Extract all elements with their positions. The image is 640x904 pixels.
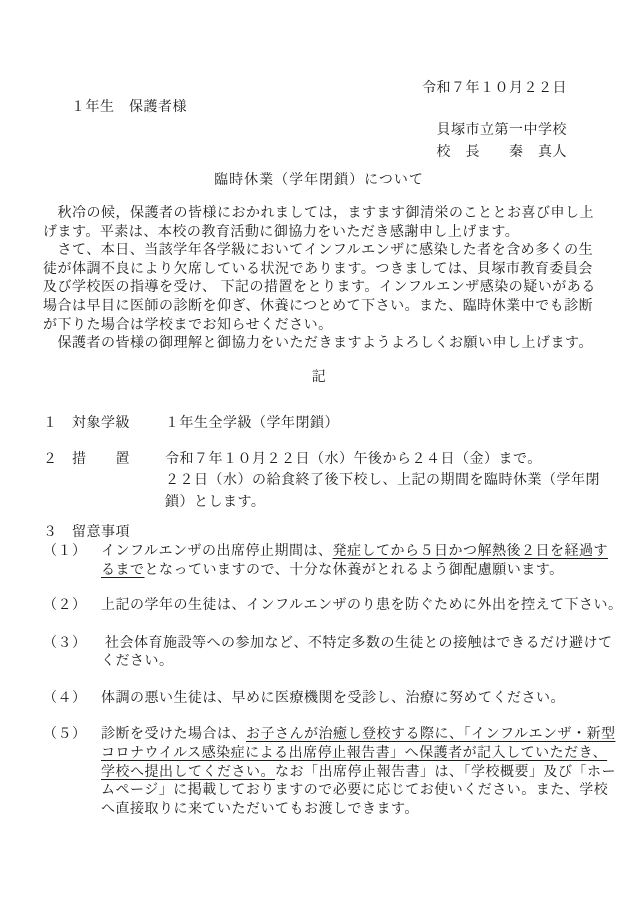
note-item-marker: （３） bbox=[43, 635, 101, 654]
note-item-4: （４）体調の悪い生徒は、早めに医療機関を受診し、治療に努めてください。 bbox=[43, 690, 595, 709]
note-text-underlined: コロナウイルス感染症による出席停止報告書」へ保護者が記入していただき、 bbox=[101, 746, 607, 761]
greeting-line: 保護者の皆様の御理解と御協力をいただきますようよろしくお願い申し上げます。 bbox=[43, 335, 595, 354]
greeting-line: げます。平素は、本校の教育活動に御協力をいただき感謝申し上げます。 bbox=[43, 224, 595, 243]
note-text: 社会体育施設等への参加など、不特定多数の生徒との接触はできるだけ避けて bbox=[101, 636, 613, 651]
section-measure-text: 令和７年１０月２２日（水）午後から２４日（金）まで。 bbox=[165, 452, 542, 467]
note-text: なお「出席停止報告書」は、「学校概要」及び「ホー bbox=[275, 765, 616, 780]
greeting-line: 徒が体調不良により欠席している状況であります。つきましては、貝塚市教育委員会 bbox=[43, 261, 595, 280]
note-item-3: （３） 社会体育施設等への参加など、不特定多数の生徒との接触はできるだけ避けて … bbox=[43, 635, 595, 673]
school-name: 貝塚市立第一中学校 bbox=[43, 121, 595, 140]
document-page: 令和７年１０月２２日 １年生 保護者様 貝塚市立第一中学校 校 長 秦 真人 臨… bbox=[0, 0, 640, 904]
section-target-value: １年生全学級（学年閉鎖） bbox=[165, 416, 339, 431]
section-measure: ２ 措 置令和７年１０月２２日（水）午後から２４日（金）まで。 ２２日（水）の給… bbox=[43, 449, 595, 514]
addressee: １年生 保護者様 bbox=[71, 98, 595, 117]
note-line: ください。 bbox=[43, 653, 595, 672]
document-title: 臨時休業（学年閉鎖）について bbox=[43, 171, 595, 191]
section-measure-line: ２２日（水）の給食終了後下校し、上記の期間を臨時休業（学年閉 bbox=[43, 470, 595, 492]
section-target-grade: １ 対象学級１年生全学級（学年閉鎖） bbox=[43, 414, 595, 433]
note-text: となっていますので、十分な休養がとれるよう御配慮願います。 bbox=[145, 563, 564, 578]
greeting-line: さて、本日、当該学年各学級においてインフルエンザに感染した者を含め多くの生 bbox=[43, 242, 595, 261]
greeting-line: 秋冷の候，保護者の皆様におかれましては，ますます御清栄のこととお喜び申し上 bbox=[43, 205, 595, 224]
ki-marker: 記 bbox=[43, 368, 595, 387]
note-text-underlined: お子さんが治癒し登校する際に、「インフルエンザ・新型 bbox=[246, 727, 615, 742]
section-measure-line: ２ 措 置令和７年１０月２２日（水）午後から２４日（金）まで。 bbox=[43, 449, 595, 471]
note-line: （４）体調の悪い生徒は、早めに医療機関を受診し、治療に努めてください。 bbox=[43, 690, 595, 709]
note-line: （１）インフルエンザの出席停止期間は、発症してから５日かつ解熱後２日を経過す bbox=[43, 543, 595, 562]
note-item-1: （１）インフルエンザの出席停止期間は、発症してから５日かつ解熱後２日を経過す る… bbox=[43, 543, 595, 581]
section-notes-heading: ３ 留意事項 bbox=[43, 523, 595, 542]
note-text: 体調の悪い生徒は、早めに医療機関を受診し、治療に努めてください。 bbox=[101, 691, 565, 706]
note-line: コロナウイルス感染症による出席停止報告書」へ保護者が記入していただき、 bbox=[43, 745, 595, 764]
note-line: 学校へ提出してください。なお「出席停止報告書」は、「学校概要」及び「ホー bbox=[43, 764, 595, 783]
note-line: （２）上記の学年の生徒は、インフルエンザのり患を防ぐために外出を控えて下さい。 bbox=[43, 597, 595, 616]
document-date: 令和７年１０月２２日 bbox=[43, 79, 595, 98]
note-item-5: （５）診断を受けた場合は、お子さんが治癒し登校する際に、「インフルエンザ・新型 … bbox=[43, 726, 595, 820]
note-line: へ直接取りに来ていただいてもお渡しできます。 bbox=[43, 801, 595, 820]
greeting-paragraph: 秋冷の候，保護者の皆様におかれましては，ますます御清栄のこととお喜び申し上 げま… bbox=[43, 205, 595, 354]
note-text-underlined: るまで bbox=[101, 563, 145, 578]
note-text: インフルエンザの出席停止期間は、 bbox=[101, 544, 332, 559]
note-line: （３） 社会体育施設等への参加など、不特定多数の生徒との接触はできるだけ避けて bbox=[43, 635, 595, 654]
principal-name: 校 長 秦 真人 bbox=[43, 143, 595, 162]
note-line: るまでとなっていますので、十分な休養がとれるよう御配慮願います。 bbox=[43, 562, 595, 581]
note-item-marker: （１） bbox=[43, 543, 101, 562]
greeting-line: 及び学校医の指導を受け、 下記の措置をとります。インフルエンザ感染の疑いがある bbox=[43, 279, 595, 298]
note-line: （５）診断を受けた場合は、お子さんが治癒し登校する際に、「インフルエンザ・新型 bbox=[43, 726, 595, 745]
note-item-marker: （２） bbox=[43, 597, 101, 616]
greeting-line: が下りた場合は学校までお知らせください。 bbox=[43, 317, 595, 336]
note-text-underlined: 学校へ提出してください。 bbox=[101, 765, 275, 780]
section-measure-label: ２ 措 置 bbox=[43, 449, 165, 471]
greeting-line: 場合は早目に医師の診断を仰ぎ、休養につとめて下さい。また、臨時休業中でも診断 bbox=[43, 298, 595, 317]
note-text-underlined: 発症してから５日かつ解熱後２日を経過す bbox=[332, 544, 608, 559]
section-target-label: １ 対象学級 bbox=[43, 414, 165, 433]
note-text: 上記の学年の生徒は、インフルエンザのり患を防ぐために外出を控えて下さい。 bbox=[101, 598, 622, 613]
section-measure-line: 鎖）とします。 bbox=[43, 492, 595, 514]
note-item-2: （２）上記の学年の生徒は、インフルエンザのり患を防ぐために外出を控えて下さい。 bbox=[43, 597, 595, 616]
note-line: ムページ」に掲載しておりますので必要に応じてお使いください。また、学校 bbox=[43, 782, 595, 801]
note-item-marker: （４） bbox=[43, 690, 101, 709]
note-item-marker: （５） bbox=[43, 726, 101, 745]
note-text: 診断を受けた場合は、 bbox=[101, 727, 246, 742]
